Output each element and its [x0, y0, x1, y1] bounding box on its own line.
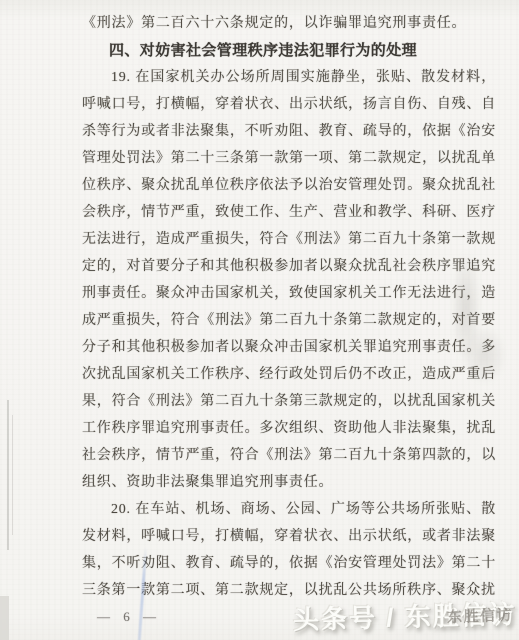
scan-artifact-left-line: [7, 400, 9, 550]
page-number: — 6 —: [97, 609, 161, 625]
scanned-document-page: 《刑法》第二百六十六条规定的，以诈骗罪追究刑事责任。 四、对妨害社会管理秩序违法…: [0, 0, 519, 640]
scan-artifact-corner: [0, 596, 9, 640]
paragraph-item-20: 20. 在车站、机场、商场、公园、广场等公共场所张贴、散发材料，呼喊口号，打横幅…: [82, 496, 496, 604]
document-body: 《刑法》第二百六十六条规定的，以诈骗罪追究刑事责任。 四、对妨害社会管理秩序违法…: [82, 10, 496, 604]
scan-artifact-left-line-2: [12, 415, 13, 535]
paragraph-item-19: 19. 在国家机关办公场所周围实施静坐，张贴、散发材料，呼喊口号，打横幅，穿着状…: [82, 64, 496, 496]
intro-continuation-line: 《刑法》第二百六十六条规定的，以诈骗罪追究刑事责任。: [82, 10, 496, 37]
section-heading: 四、对妨害社会管理秩序违法犯罪行为的处理: [82, 37, 496, 64]
toutiao-watermark-overlay: 东胜信访: [447, 604, 514, 627]
